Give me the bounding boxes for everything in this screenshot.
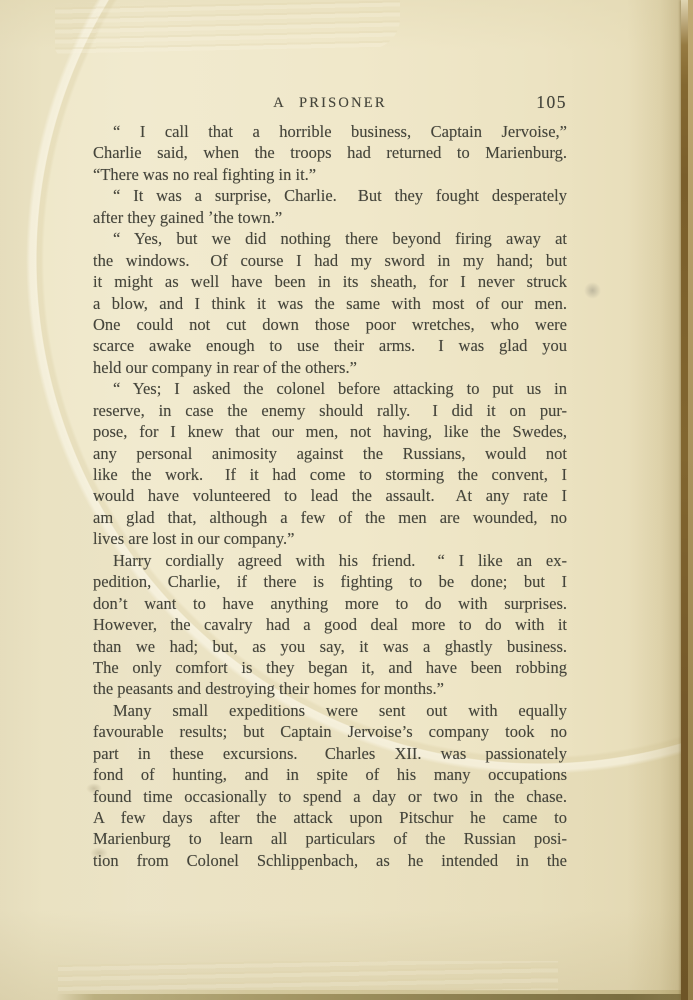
body-text: “ I call that a horrible business, Capta… (93, 121, 567, 871)
bottom-page-edges (58, 961, 558, 991)
text-line: “ Yes; I asked the colonel before attack… (93, 378, 567, 399)
text-line: the windows. Of course I had my sword in… (93, 250, 567, 271)
text-line: “ Yes, but we did nothing there beyond f… (93, 228, 567, 249)
text-line: Many small expeditions were sent out wit… (93, 700, 567, 721)
text-line: The only comfort is they began it, and h… (93, 657, 567, 678)
text-line: pedition, Charlie, if there is fighting … (93, 571, 567, 592)
right-book-edge-stripe (681, 0, 688, 1000)
text-line: A few days after the attack upon Pitschu… (93, 807, 567, 828)
top-page-edges (55, 0, 400, 56)
text-line: Charlie said, when the troops had return… (93, 142, 567, 163)
scan-smudge (584, 282, 601, 299)
text-line: part in these excursions. Charles XII. w… (93, 743, 567, 764)
text-line: held our company in rear of the others.” (93, 357, 567, 378)
text-line: any personal animosity against the Russi… (93, 443, 567, 464)
text-line: am glad that, although a few of the men … (93, 507, 567, 528)
text-line: would have volunteered to lead the assau… (93, 485, 567, 506)
text-line: after they gained ʼthe town.” (93, 207, 567, 228)
text-line: don’t want to have anything more to do w… (93, 593, 567, 614)
text-line: One could not cut down those poor wretch… (93, 314, 567, 335)
text-line: scarce awake enough to use their arms. I… (93, 335, 567, 356)
text-line: “ I call that a horrible business, Capta… (93, 121, 567, 142)
text-line: tion from Colonel Schlippenbach, as he i… (93, 850, 567, 871)
text-line: “ It was a surprise, Charlie. But they f… (93, 185, 567, 206)
bottom-book-edge (56, 994, 693, 1000)
text-line: the peasants and destroying their homes … (93, 678, 567, 699)
text-line: a blow, and I think it was the same with… (93, 293, 567, 314)
text-line: like the work. If it had come to stormin… (93, 464, 567, 485)
text-line: favourable results; but Captain Jervoise… (93, 721, 567, 742)
running-title: A PRISONER (93, 95, 567, 112)
text-line: than we had; but, as you say, it was a g… (93, 636, 567, 657)
bottom-edge-sliver (56, 990, 693, 994)
text-line: “There was no real fighting in it.” (93, 164, 567, 185)
text-line: Marienburg to learn all particulars of t… (93, 828, 567, 849)
page-number: 105 (536, 92, 567, 113)
text-line: reserve, in case the enemy should rally.… (93, 400, 567, 421)
running-header: A PRISONER 105 (93, 92, 567, 114)
text-line: lives are lost in our company.” (93, 528, 567, 549)
text-line: it might as well have been in its sheath… (93, 271, 567, 292)
text-line: However, the cavalry had a good deal mor… (93, 614, 567, 635)
text-line: found time occasionally to spend a day o… (93, 786, 567, 807)
text-line: fond of hunting, and in spite of his man… (93, 764, 567, 785)
text-line: pose, for I knew that our men, not havin… (93, 421, 567, 442)
text-line: Harry cordially agreed with his friend. … (93, 550, 567, 571)
book-page-scan: A PRISONER 105 “ I call that a horrible … (0, 0, 693, 1000)
right-book-edge (688, 0, 693, 1000)
right-edge-shading (627, 0, 682, 1000)
